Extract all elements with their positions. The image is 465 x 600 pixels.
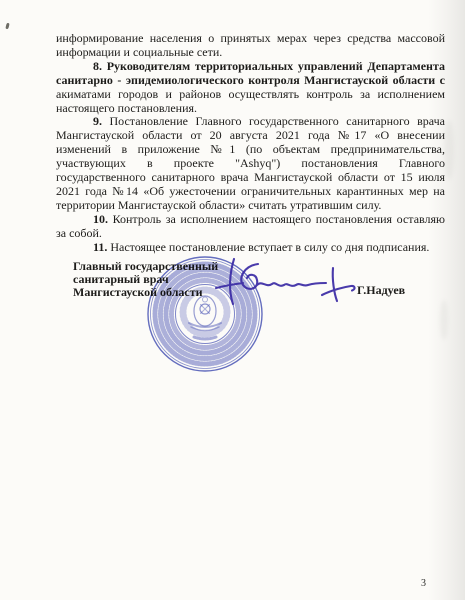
scanned-document-page: информирование населения о принятых мера… — [0, 0, 465, 600]
scan-speck — [5, 23, 9, 30]
scan-smudge — [440, 300, 448, 340]
scan-smudge — [444, 120, 454, 180]
document-text: информирование населения о принятых мера… — [56, 32, 445, 255]
signer-name: Г.Надуев — [357, 283, 405, 298]
page-number: 3 — [421, 578, 426, 589]
paragraph: информирование населения о принятых мера… — [56, 32, 445, 60]
handwritten-signature — [196, 252, 366, 314]
paragraph: 9. Постановление Главного государственно… — [56, 115, 445, 212]
paragraph: 8. Руководителям территориальных управле… — [56, 60, 445, 116]
paragraph: 10. Контроль за исполнением настоящего п… — [56, 213, 445, 241]
